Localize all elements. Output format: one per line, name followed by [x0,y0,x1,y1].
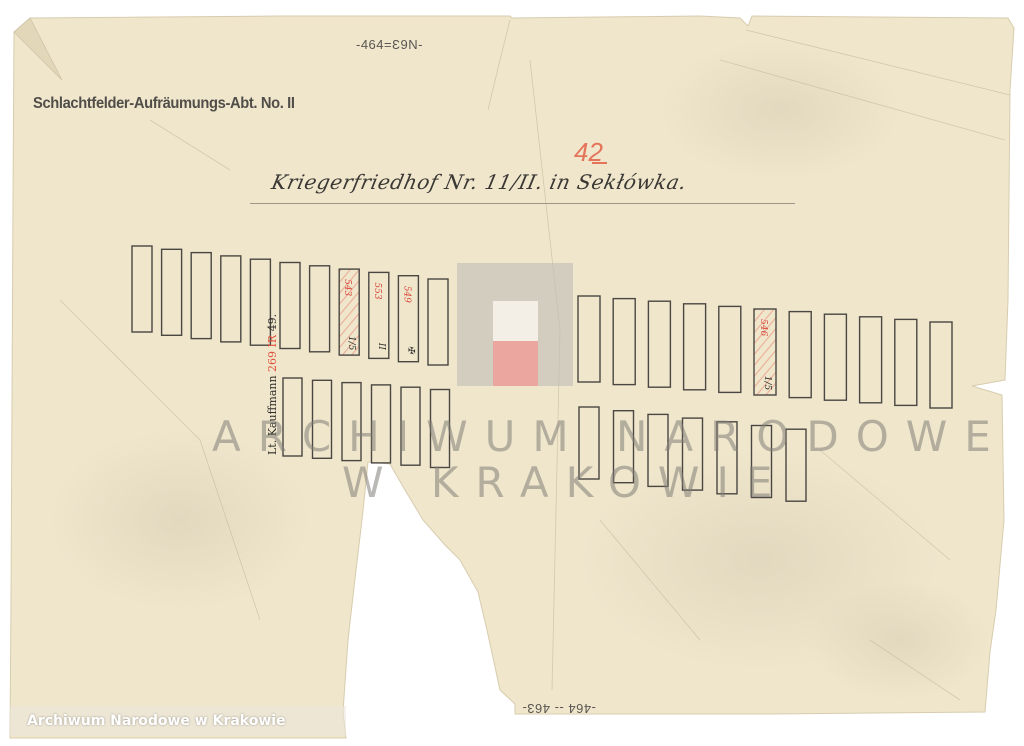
grave-number-label: 543 [342,279,352,296]
sheet-number: 42 [574,137,603,168]
pencil-reference-bottom: -464 -- 463- [522,701,596,716]
title-underline [250,203,795,204]
side-annotation-number: 49. [266,314,279,332]
watermark-line-1: ARCHIWUM NARODOWE [212,412,1008,461]
grave-number-label: 553 [372,282,382,299]
grave-mark: 1/5 [762,376,772,391]
pencil-reference-top: -464=Ɛ9N- [356,37,423,52]
side-annotation-red: 269 IR [266,335,279,372]
grave-number-label: 546 [758,319,768,336]
grave-mark: II [376,342,386,351]
watermark-line-2: W KRAKOWIE [342,458,789,507]
unit-stamp: Schlachtfelder-Aufräumungs-Abt. No. II [33,95,295,113]
grave-number-label: 549 [401,286,411,303]
archive-logo-white-field [493,301,538,341]
grave-mark: 1/5 [346,336,356,351]
archive-credit: Archiwum Narodowe w Krakowie [27,713,286,729]
cemetery-title: Kriegerfriedhof Nr. 11/II. in Sekłówka. [269,170,689,194]
archive-logo-red-field [493,341,538,386]
